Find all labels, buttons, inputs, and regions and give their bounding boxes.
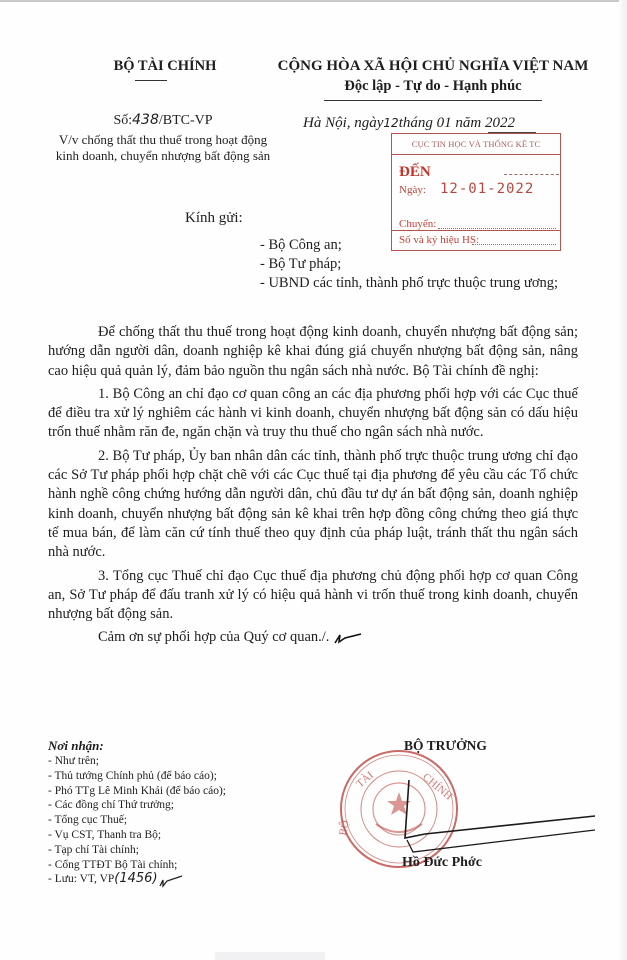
initial-signature-icon [333, 632, 363, 644]
body-intro: Để chống thất thu thuế trong hoạt động k… [48, 323, 578, 381]
body-point-3: 3. Tổng cục Thuế chỉ đạo Cục thuế địa ph… [48, 567, 578, 625]
body-point-1: 1. Bộ Công an chỉ đạo cơ quan công an cá… [48, 385, 578, 443]
archive-prefix: - Lưu: VT, VP [48, 873, 114, 885]
addressee-label: Kính gửi: [185, 210, 243, 227]
stamp-date-value: 12-01-2022 [440, 181, 534, 197]
recipient-item: - Cổng TTĐT Bộ Tài chính; [48, 858, 308, 873]
issuing-organization: BỘ TÀI CHÍNH [60, 58, 270, 75]
stamp-transfer-label: Chuyển: [399, 218, 436, 230]
motto-underline [324, 100, 542, 101]
signer-title: BỘ TRƯỞNG [404, 738, 487, 754]
stamp-dotted-line [438, 228, 556, 229]
page-edge-shadow [619, 0, 627, 960]
thanks-text: Cảm ơn sự phối hợp của Quý cơ quan./. [98, 629, 329, 645]
document-subject: V/v chống thất thu thuế trong hoạt động … [55, 132, 271, 164]
stamp-date-label: Ngày: [399, 184, 426, 196]
svg-text:BỘ: BỘ [338, 819, 352, 836]
addressee-item: - Bộ Tư pháp; [260, 255, 580, 274]
svg-text:TÀI: TÀI [354, 769, 376, 790]
place-date-prefix: Hà Nội, ngày [303, 115, 383, 131]
addressee-list: - Bộ Công an; - Bộ Tư pháp; - UBND các t… [260, 236, 580, 293]
signer-name: Hồ Đức Phớc [402, 855, 482, 871]
stamp-den-label: ĐẾN [399, 164, 431, 181]
archive-handwritten: (1456) [114, 871, 157, 886]
recipient-item: - Thủ tướng Chính phủ (để báo cáo); [48, 769, 308, 784]
addressee-item: - UBND các tỉnh, thành phố trực thuộc tr… [260, 274, 580, 293]
national-motto: Độc lập - Tự do - Hạnh phúc [268, 78, 598, 95]
document-body: Để chống thất thu thuế trong hoạt động k… [48, 323, 578, 652]
document-number-prefix: Số: [113, 113, 132, 128]
day-handwritten: 12 [383, 116, 398, 130]
top-edge-line [0, 0, 627, 2]
stamp-header: CỤC TIN HỌC VÀ THỐNG KÊ TC [392, 134, 560, 155]
document-number-handwritten: 438 [132, 112, 159, 128]
body-point-2: 2. Bộ Tư pháp, Ủy ban nhân dân các tỉnh,… [48, 447, 578, 563]
stamp-dash-line [504, 174, 559, 175]
recipient-item: - Vụ CST, Thanh tra Bộ; [48, 828, 308, 843]
archive-initial-icon [158, 874, 184, 888]
recipient-item: - Như trên; [48, 754, 308, 769]
recipients-list: - Như trên; - Thủ tướng Chính phủ (để bá… [48, 754, 308, 888]
place-date: Hà Nội, ngày12tháng 01 năm 2022 [303, 115, 603, 132]
recipient-item: - Phó TTg Lê Minh Khái (để báo cáo); [48, 784, 308, 799]
recipient-item: - Tạp chí Tài chính; [48, 843, 308, 858]
national-title: CỘNG HÒA XÃ HỘI CHỦ NGHĨA VIỆT NAM [268, 58, 598, 75]
place-date-suffix: tháng 01 năm 2022 [399, 115, 515, 131]
received-stamp: CỤC TIN HỌC VÀ THỐNG KÊ TC ĐẾN Ngày: 12-… [391, 133, 561, 251]
recipients-title: Nơi nhận: [48, 738, 104, 754]
document-number: Số:438/BTC-VP [58, 112, 268, 129]
organization-underline [135, 80, 167, 81]
body-thanks: Cảm ơn sự phối hợp của Quý cơ quan./. [48, 628, 578, 647]
stamp-divider [392, 230, 560, 231]
addressee-item: - Bộ Công an; [260, 236, 580, 255]
document-page: BỘ TÀI CHÍNH CỘNG HÒA XÃ HỘI CHỦ NGHĨA V… [0, 0, 627, 960]
handwritten-signature-icon [395, 760, 595, 870]
scan-artifact [215, 952, 325, 960]
document-number-suffix: /BTC-VP [159, 113, 213, 128]
recipient-item: - Tổng cục Thuế; [48, 813, 308, 828]
recipient-archive: - Lưu: VT, VP(1456) [48, 872, 308, 888]
recipient-item: - Các đồng chí Thứ trưởng; [48, 798, 308, 813]
